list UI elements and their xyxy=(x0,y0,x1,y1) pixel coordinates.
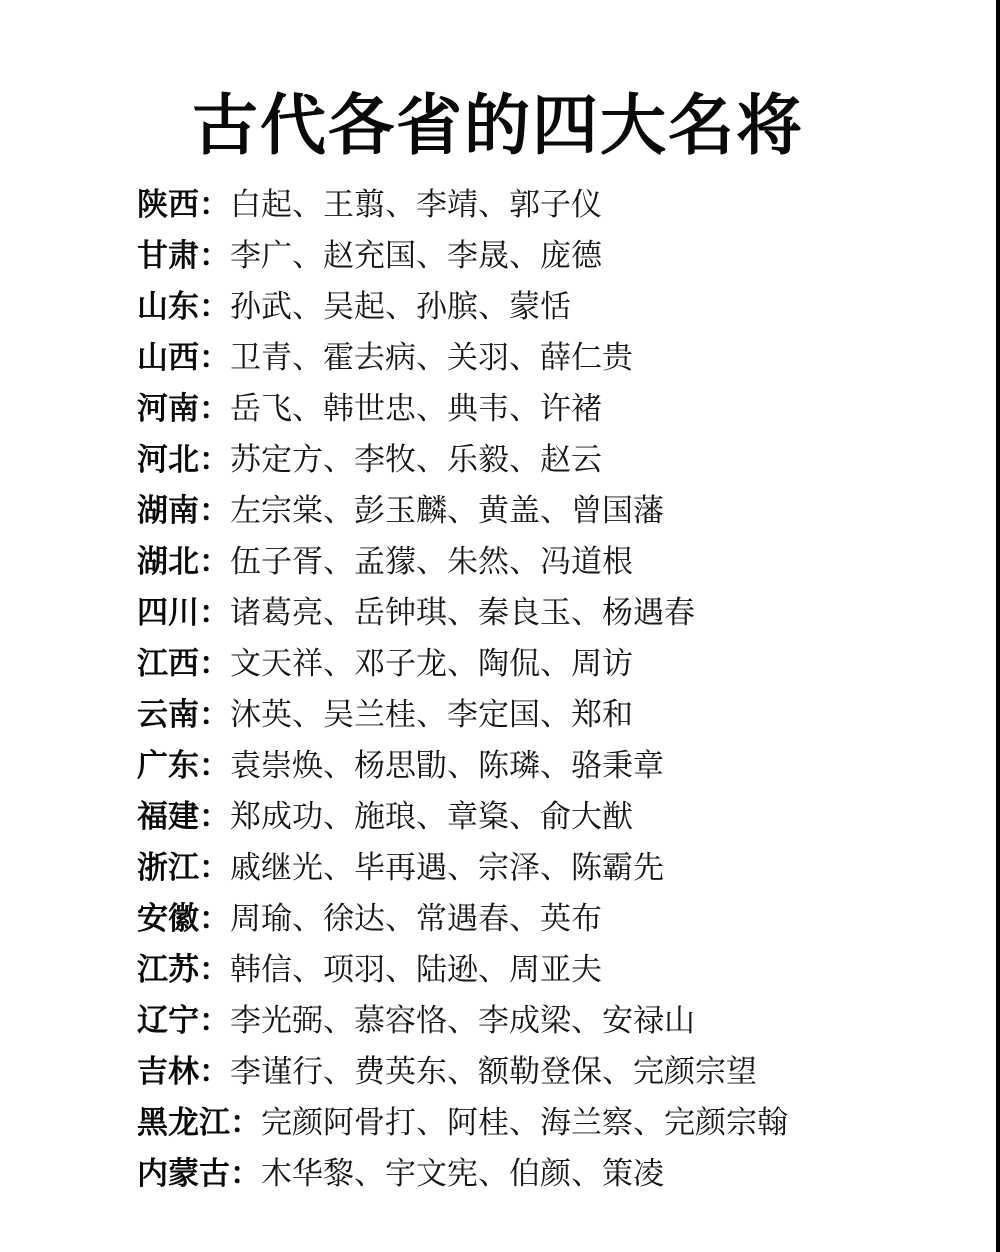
separator: ： xyxy=(199,340,230,376)
province-label: 湖北 xyxy=(137,544,199,580)
province-label: 云南 xyxy=(137,697,199,733)
generals-names: 文天祥、邓子龙、陶侃、周访 xyxy=(230,646,633,682)
generals-names: 苏定方、李牧、乐毅、赵云 xyxy=(230,442,602,478)
province-label: 甘肃 xyxy=(137,238,199,274)
generals-names: 郑成功、施琅、章楶、俞大猷 xyxy=(230,799,633,835)
province-label: 辽宁 xyxy=(137,1003,199,1039)
separator: ： xyxy=(199,799,230,835)
list-item: 四川：诸葛亮、岳钟琪、秦良玉、杨遇春 xyxy=(137,588,788,639)
separator: ： xyxy=(199,493,230,529)
list-item: 湖南：左宗棠、彭玉麟、黄盖、曾国藩 xyxy=(137,486,788,537)
separator: ： xyxy=(199,595,230,631)
generals-list: 陕西：白起、王翦、李靖、郭子仪 甘肃：李广、赵充国、李晟、庞德 山东：孙武、吴起… xyxy=(137,180,788,1200)
separator: ： xyxy=(199,289,230,325)
list-item: 江西：文天祥、邓子龙、陶侃、周访 xyxy=(137,639,788,690)
page-right-border xyxy=(996,0,1000,1252)
separator: ： xyxy=(199,646,230,682)
province-label: 四川 xyxy=(137,595,199,631)
generals-names: 沐英、吴兰桂、李定国、郑和 xyxy=(230,697,633,733)
list-item: 安徽：周瑜、徐达、常遇春、英布 xyxy=(137,894,788,945)
generals-names: 诸葛亮、岳钟琪、秦良玉、杨遇春 xyxy=(230,595,695,631)
province-label: 陕西 xyxy=(137,187,199,223)
separator: ： xyxy=(199,901,230,937)
generals-names: 岳飞、韩世忠、典韦、许褚 xyxy=(230,391,602,427)
generals-names: 木华黎、宇文宪、伯颜、策凌 xyxy=(261,1156,664,1192)
generals-names: 完颜阿骨打、阿桂、海兰察、完颜宗翰 xyxy=(261,1105,788,1141)
separator: ： xyxy=(199,391,230,427)
generals-names: 韩信、项羽、陆逊、周亚夫 xyxy=(230,952,602,988)
list-item: 云南：沐英、吴兰桂、李定国、郑和 xyxy=(137,690,788,741)
province-label: 浙江 xyxy=(137,850,199,886)
province-label: 广东 xyxy=(137,748,199,784)
list-item: 湖北：伍子胥、孟獴、朱然、冯道根 xyxy=(137,537,788,588)
separator: ： xyxy=(199,544,230,580)
list-item: 浙江：戚继光、毕再遇、宗泽、陈霸先 xyxy=(137,843,788,894)
separator: ： xyxy=(199,697,230,733)
list-item: 江苏：韩信、项羽、陆逊、周亚夫 xyxy=(137,945,788,996)
province-label: 山东 xyxy=(137,289,199,325)
generals-names: 伍子胥、孟獴、朱然、冯道根 xyxy=(230,544,633,580)
province-label: 安徽 xyxy=(137,901,199,937)
separator: ： xyxy=(230,1156,261,1192)
list-item: 福建：郑成功、施琅、章楶、俞大猷 xyxy=(137,792,788,843)
generals-names: 李谨行、费英东、额勒登保、完颜宗望 xyxy=(230,1054,757,1090)
separator: ： xyxy=(199,850,230,886)
province-label: 河北 xyxy=(137,442,199,478)
list-item: 陕西：白起、王翦、李靖、郭子仪 xyxy=(137,180,788,231)
province-label: 江西 xyxy=(137,646,199,682)
list-item: 河北：苏定方、李牧、乐毅、赵云 xyxy=(137,435,788,486)
generals-names: 左宗棠、彭玉麟、黄盖、曾国藩 xyxy=(230,493,664,529)
province-label: 山西 xyxy=(137,340,199,376)
generals-names: 卫青、霍去病、关羽、薛仁贵 xyxy=(230,340,633,376)
province-label: 黑龙江 xyxy=(137,1105,230,1141)
separator: ： xyxy=(199,187,230,223)
list-item: 山西：卫青、霍去病、关羽、薛仁贵 xyxy=(137,333,788,384)
province-label: 河南 xyxy=(137,391,199,427)
list-item: 甘肃：李广、赵充国、李晟、庞德 xyxy=(137,231,788,282)
generals-names: 李光弼、慕容恪、李成梁、安禄山 xyxy=(230,1003,695,1039)
list-item: 黑龙江：完颜阿骨打、阿桂、海兰察、完颜宗翰 xyxy=(137,1098,788,1149)
list-item: 山东：孙武、吴起、孙膑、蒙恬 xyxy=(137,282,788,333)
generals-names: 孙武、吴起、孙膑、蒙恬 xyxy=(230,289,571,325)
list-item: 内蒙古：木华黎、宇文宪、伯颜、策凌 xyxy=(137,1149,788,1200)
separator: ： xyxy=(199,952,230,988)
province-label: 江苏 xyxy=(137,952,199,988)
separator: ： xyxy=(199,442,230,478)
generals-names: 白起、王翦、李靖、郭子仪 xyxy=(230,187,602,223)
separator: ： xyxy=(230,1105,261,1141)
list-item: 广东：袁崇焕、杨思勖、陈璘、骆秉章 xyxy=(137,741,788,792)
list-item: 辽宁：李光弼、慕容恪、李成梁、安禄山 xyxy=(137,996,788,1047)
separator: ： xyxy=(199,748,230,784)
province-label: 内蒙古 xyxy=(137,1156,230,1192)
generals-names: 戚继光、毕再遇、宗泽、陈霸先 xyxy=(230,850,664,886)
separator: ： xyxy=(199,1054,230,1090)
page-title: 古代各省的四大名将 xyxy=(0,84,996,168)
list-item: 吉林：李谨行、费英东、额勒登保、完颜宗望 xyxy=(137,1047,788,1098)
generals-names: 李广、赵充国、李晟、庞德 xyxy=(230,238,602,274)
generals-names: 袁崇焕、杨思勖、陈璘、骆秉章 xyxy=(230,748,664,784)
list-item: 河南：岳飞、韩世忠、典韦、许褚 xyxy=(137,384,788,435)
province-label: 吉林 xyxy=(137,1054,199,1090)
province-label: 福建 xyxy=(137,799,199,835)
province-label: 湖南 xyxy=(137,493,199,529)
separator: ： xyxy=(199,238,230,274)
separator: ： xyxy=(199,1003,230,1039)
generals-names: 周瑜、徐达、常遇春、英布 xyxy=(230,901,602,937)
